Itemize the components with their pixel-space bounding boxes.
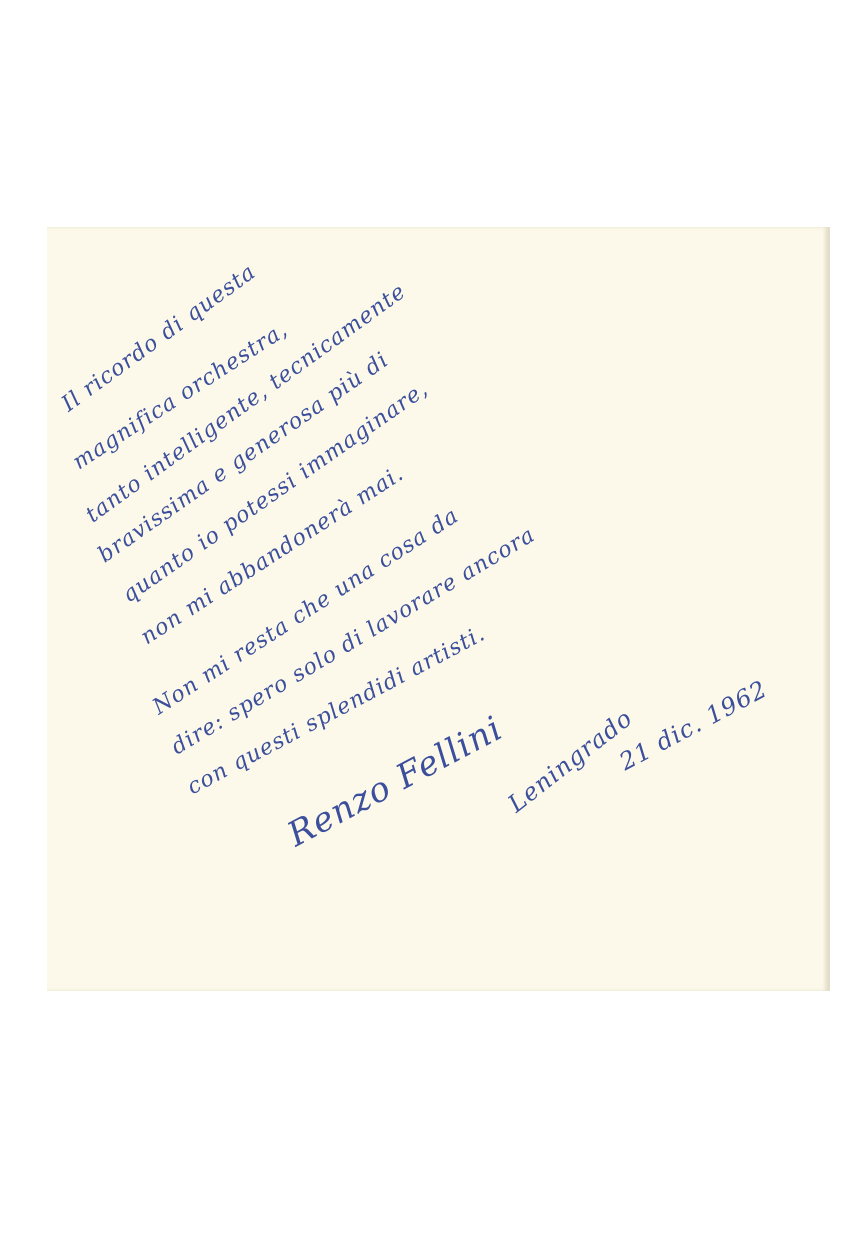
page-edge	[828, 227, 830, 991]
